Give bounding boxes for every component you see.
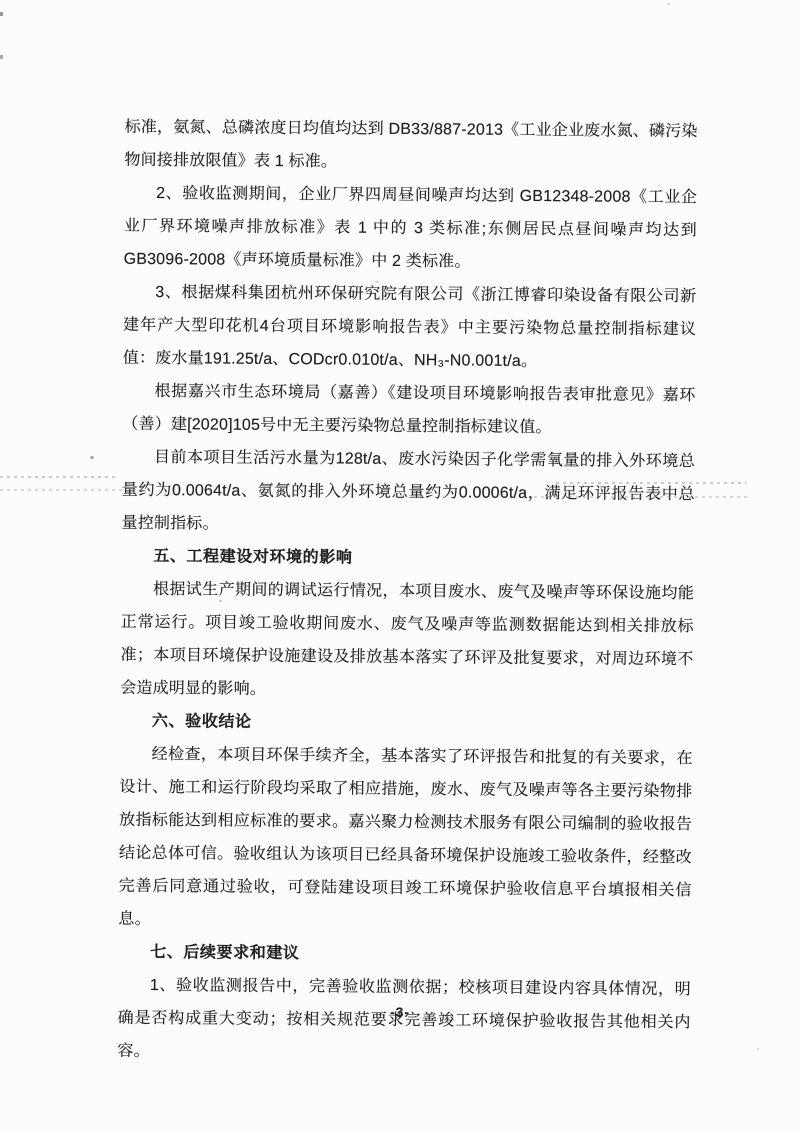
- body-paragraph: 标准，氨氮、总磷浓度日均值均达到 DB33/887-2013《工业企业废水氮、磷…: [124, 111, 698, 181]
- scan-speck-artifact: [757, 1048, 759, 1050]
- body-paragraph: 2、验收监测期间，企业厂界四周昼间噪声均达到 GB12348-2008《工业企业…: [123, 177, 697, 280]
- body-paragraph: 根据试生产期间的调试运行情况，本项目废水、废气及噪声等环保设施均能正常运行。项目…: [120, 573, 694, 709]
- body-paragraph: 3、根据煤科集团杭州环保研究院有限公司《浙江博睿印染设备有限公司新建年产大型印花…: [123, 276, 697, 379]
- scan-streak-artifact: [556, 482, 746, 484]
- scan-speck-artifact: [90, 456, 94, 459]
- section-heading: 七、后续要求和建议: [118, 936, 691, 973]
- body-paragraph: 经检查，本项目环保手续齐全，基本落实了环评报告和批复的有关要求，在设计、施工和运…: [118, 738, 693, 940]
- scan-streak-artifact: [0, 476, 118, 478]
- scan-speck-artifact: [0, 55, 3, 59]
- scan-speck-artifact: [0, 12, 3, 16]
- page-number: -3-: [0, 1004, 800, 1020]
- scan-speck-artifact: [667, 3, 670, 5]
- scan-speck-artifact: [219, 600, 222, 602]
- section-heading: 六、验收结论: [120, 705, 693, 742]
- scan-streak-artifact: [534, 496, 748, 498]
- body-paragraph: 1、验收监测报告中，完善验收监测依据；校核项目建设内容具体情况，明确是否构成重大…: [117, 969, 691, 1072]
- scanned-page: 标准，氨氮、总磷浓度日均值均达到 DB33/887-2013《工业企业废水氮、磷…: [0, 0, 800, 1131]
- body-paragraph: 根据嘉兴市生态环境局（嘉善）《建设项目环境影响报告表审批意见》嘉环（善）建[20…: [122, 375, 696, 445]
- scan-streak-artifact: [0, 489, 123, 491]
- document-body: 标准，氨氮、总磷浓度日均值均达到 DB33/887-2013《工业企业废水氮、磷…: [117, 111, 697, 1072]
- body-paragraph: 目前本项目生活污水量为128t/a、废水污染因子化学需氧量的排入外环境总量约为0…: [121, 441, 695, 544]
- section-heading: 五、工程建设对环境的影响: [121, 540, 694, 577]
- scan-speck-artifact: [375, 281, 378, 283]
